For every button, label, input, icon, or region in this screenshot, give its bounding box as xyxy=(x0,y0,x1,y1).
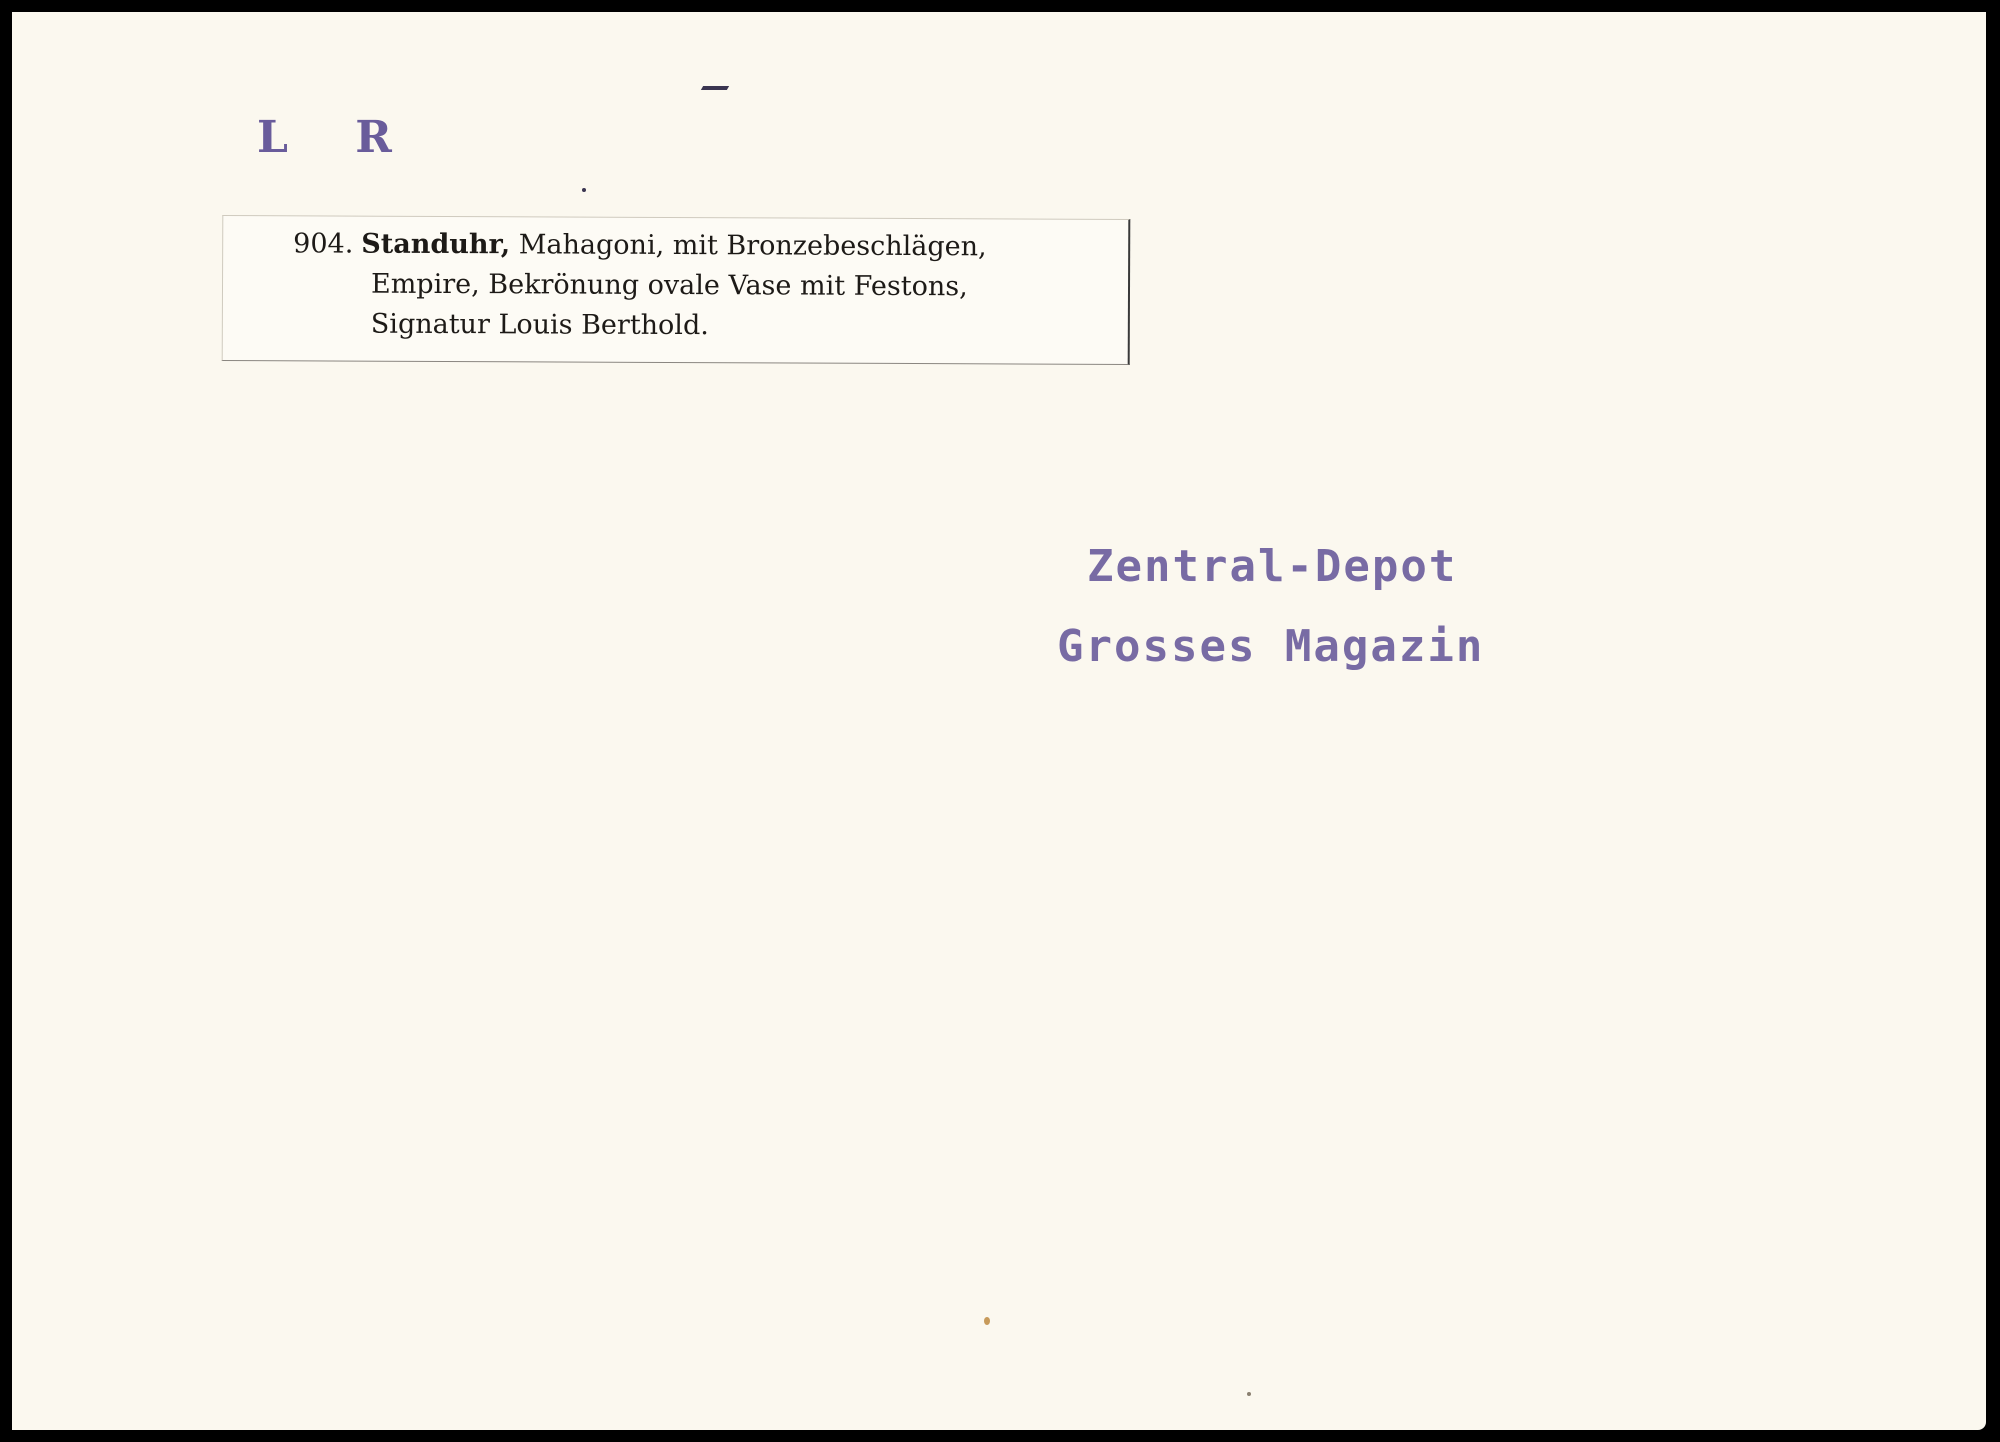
lot-description-3: Signatur Louis Berthold. xyxy=(293,304,987,347)
ink-mark xyxy=(701,86,729,90)
location-stamp-line-1: Zentral-Depot xyxy=(1057,527,1484,607)
location-stamp-line-2: Grosses Magazin xyxy=(1057,607,1484,687)
initials-stamp: L R xyxy=(257,112,418,163)
clipping-line-1: 904.Standuhr, Mahagoni, mit Bronzebeschl… xyxy=(293,224,987,267)
catalogue-clipping: 904.Standuhr, Mahagoni, mit Bronzebeschl… xyxy=(222,215,1131,365)
stain-speck xyxy=(984,1317,990,1325)
location-stamp: Zentral-Depot Grosses Magazin xyxy=(1057,527,1484,687)
clipping-text: 904.Standuhr, Mahagoni, mit Bronzebeschl… xyxy=(293,224,987,347)
archive-card: L R 904.Standuhr, Mahagoni, mit Bronzebe… xyxy=(12,12,1986,1430)
lot-description-2: Empire, Bekrönung ovale Vase mit Festons… xyxy=(293,264,987,307)
lot-number: 904. xyxy=(293,228,353,259)
lot-description-1: Mahagoni, mit Bronzebeschlägen, xyxy=(519,229,987,262)
lot-title: Standuhr, xyxy=(361,229,510,261)
ink-speck xyxy=(582,188,586,192)
ink-speck xyxy=(1247,1392,1251,1396)
